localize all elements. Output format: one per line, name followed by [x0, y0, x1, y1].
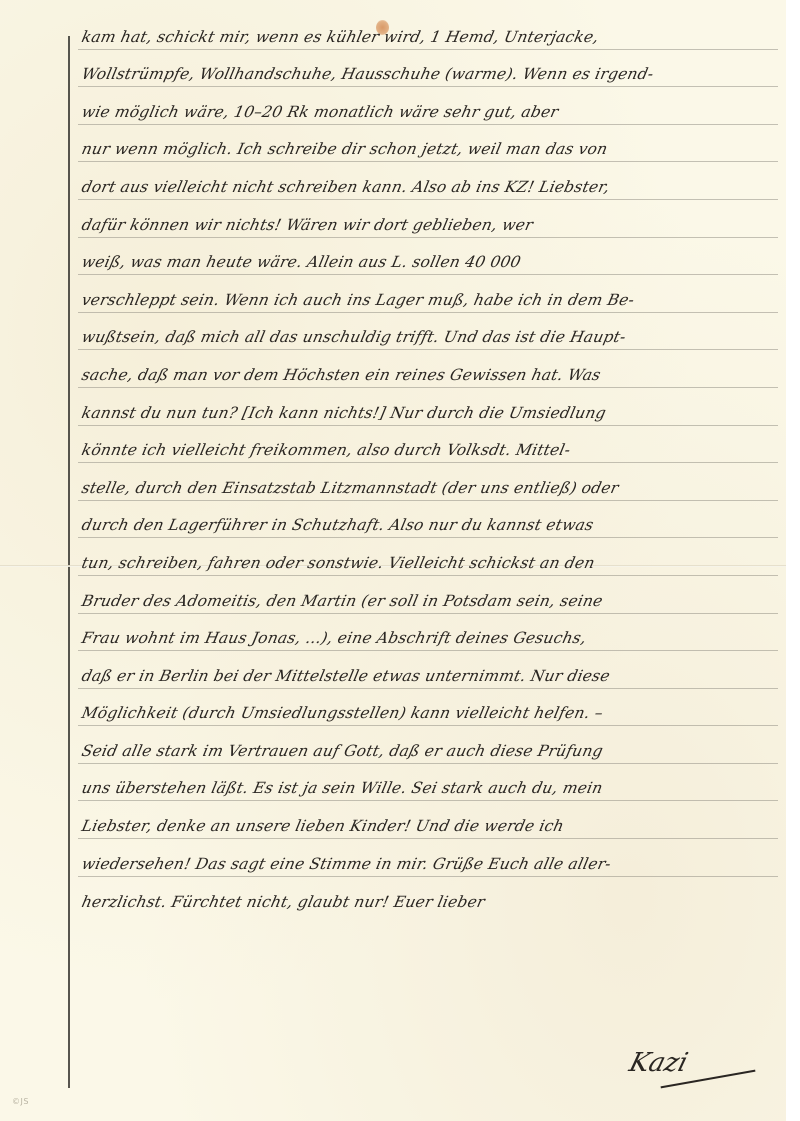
text-line: Wollstrümpfe, Wollhandschuhe, Hausschuhe…: [78, 50, 778, 88]
line-text: tun, schreiben, fahren oder sonstwie. Vi…: [80, 554, 597, 572]
line-text: dafür können wir nichts! Wären wir dort …: [80, 216, 535, 234]
text-line: weiß, was man heute wäre. Allein aus L. …: [78, 238, 778, 276]
line-text: stelle, durch den Einsatzstab Litzmannst…: [80, 479, 620, 497]
text-line: wiedersehen! Das sagt eine Stimme in mir…: [78, 839, 778, 877]
line-text: sache, daß man vor dem Höchsten ein rein…: [80, 366, 602, 384]
text-line: Bruder des Adomeitis, den Martin (er sol…: [78, 576, 778, 614]
text-line: verschleppt sein. Wenn ich auch ins Lage…: [78, 275, 778, 313]
text-line: Seid alle stark im Vertrauen auf Gott, d…: [78, 726, 778, 764]
line-text: Bruder des Adomeitis, den Martin (er sol…: [80, 592, 605, 610]
line-text: durch den Lagerführer in Schutzhaft. Als…: [80, 516, 595, 534]
text-line: wie möglich wäre, 10–20 Rk monatlich wär…: [78, 87, 778, 125]
letter-page: kam hat, schickt mir, wenn es kühler wir…: [0, 0, 786, 1121]
text-line: kannst du nun tun? [Ich kann nichts!] Nu…: [78, 388, 778, 426]
text-line: sache, daß man vor dem Höchsten ein rein…: [78, 350, 778, 388]
text-line: herzlichst. Fürchtet nicht, glaubt nur! …: [78, 877, 778, 915]
letter-body: kam hat, schickt mir, wenn es kühler wir…: [78, 12, 778, 914]
line-text: nur wenn möglich. Ich schreibe dir schon…: [80, 140, 609, 158]
line-text: wußtsein, daß mich all das unschuldig tr…: [80, 328, 628, 346]
copyright-watermark: ©JS: [12, 1097, 29, 1106]
text-line: durch den Lagerführer in Schutzhaft. Als…: [78, 501, 778, 539]
line-text: verschleppt sein. Wenn ich auch ins Lage…: [80, 291, 636, 309]
text-line: kam hat, schickt mir, wenn es kühler wir…: [78, 12, 778, 50]
text-line: uns überstehen läßt. Es ist ja sein Will…: [78, 764, 778, 802]
text-line: Liebster, denke an unsere lieben Kinder!…: [78, 801, 778, 839]
line-text: dort aus vielleicht nicht schreiben kann…: [80, 178, 611, 196]
text-line: wußtsein, daß mich all das unschuldig tr…: [78, 313, 778, 351]
line-text: Möglichkeit (durch Umsiedlungsstellen) k…: [80, 704, 605, 722]
text-line: dort aus vielleicht nicht schreiben kann…: [78, 162, 778, 200]
text-line: dafür können wir nichts! Wären wir dort …: [78, 200, 778, 238]
line-text: uns überstehen läßt. Es ist ja sein Will…: [80, 779, 604, 797]
text-line: nur wenn möglich. Ich schreibe dir schon…: [78, 125, 778, 163]
line-text: könnte ich vielleicht freikommen, also d…: [80, 441, 572, 459]
text-line: Möglichkeit (durch Umsiedlungsstellen) k…: [78, 689, 778, 727]
text-line: tun, schreiben, fahren oder sonstwie. Vi…: [78, 538, 778, 576]
line-text: herzlichst. Fürchtet nicht, glaubt nur! …: [80, 893, 487, 911]
line-text: Liebster, denke an unsere lieben Kinder!…: [80, 817, 566, 835]
text-line: stelle, durch den Einsatzstab Litzmannst…: [78, 463, 778, 501]
line-text: Frau wohnt im Haus Jonas, ...), eine Abs…: [80, 629, 588, 647]
line-text: kannst du nun tun? [Ich kann nichts!] Nu…: [80, 404, 608, 422]
text-line: könnte ich vielleicht freikommen, also d…: [78, 426, 778, 464]
line-text: daß er in Berlin bei der Mittelstelle et…: [80, 667, 612, 685]
signature: Kazi: [626, 1048, 691, 1078]
line-text: Seid alle stark im Vertrauen auf Gott, d…: [80, 742, 605, 760]
margin-rule: [68, 36, 70, 1088]
line-text: wie möglich wäre, 10–20 Rk monatlich wär…: [80, 103, 560, 121]
text-line: Frau wohnt im Haus Jonas, ...), eine Abs…: [78, 614, 778, 652]
line-text: weiß, was man heute wäre. Allein aus L. …: [80, 253, 523, 271]
line-text: wiedersehen! Das sagt eine Stimme in mir…: [80, 855, 613, 873]
line-text: kam hat, schickt mir, wenn es kühler wir…: [80, 28, 600, 46]
text-line: daß er in Berlin bei der Mittelstelle et…: [78, 651, 778, 689]
line-text: Wollstrümpfe, Wollhandschuhe, Hausschuhe…: [80, 65, 655, 83]
